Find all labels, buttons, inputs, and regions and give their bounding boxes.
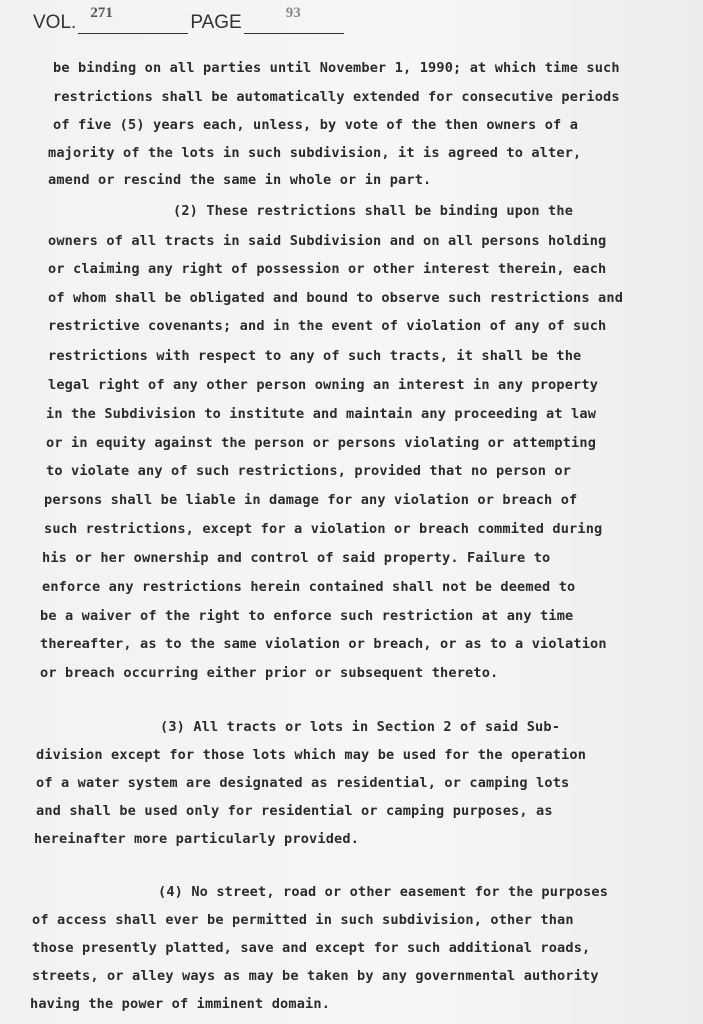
vol-field: 271: [78, 11, 188, 34]
text-line: majority of the lots in such subdivision…: [48, 145, 581, 161]
text-line: those presently platted, save and except…: [32, 940, 590, 956]
text-line: (3) All tracts or lots in Section 2 of s…: [160, 719, 560, 735]
text-line: streets, or alley ways as may be taken b…: [32, 968, 599, 984]
text-line: such restrictions, except for a violatio…: [44, 521, 602, 537]
page-label: PAGE: [190, 12, 241, 34]
text-line: of whom shall be obligated and bound to …: [48, 290, 623, 306]
text-line: (2) These restrictions shall be binding …: [173, 203, 573, 219]
text-line: restrictions shall be automatically exte…: [53, 89, 620, 105]
text-line: restrictive covenants; and in the event …: [48, 318, 606, 334]
text-line: division except for those lots which may…: [36, 747, 586, 763]
text-line: restrictions with respect to any of such…: [48, 348, 581, 364]
vol-value: 271: [90, 5, 113, 22]
text-line: or breach occurring either prior or subs…: [40, 665, 498, 681]
text-line: in the Subdivision to institute and main…: [46, 406, 596, 422]
text-line: (4) No street, road or other easement fo…: [158, 884, 608, 900]
text-line: of a water system are designated as resi…: [36, 775, 569, 791]
vol-label: VOL.: [33, 12, 76, 34]
text-line: be a waiver of the right to enforce such…: [40, 608, 573, 624]
text-line: of five (5) years each, unless, by vote …: [53, 117, 578, 133]
text-line: be binding on all parties until November…: [53, 60, 620, 76]
text-line: thereafter, as to the same violation or …: [40, 636, 607, 652]
text-line: and shall be used only for residential o…: [36, 803, 553, 819]
text-line: amend or rescind the same in whole or in…: [48, 172, 431, 188]
page-value: 93: [286, 5, 301, 22]
text-line: having the power of imminent domain.: [30, 996, 330, 1012]
text-line: his or her ownership and control of said…: [42, 550, 550, 566]
text-line: hereinafter more particularly provided.: [34, 831, 359, 847]
document-page: VOL. 271 PAGE 93 be binding on all parti…: [0, 0, 703, 1024]
text-line: persons shall be liable in damage for an…: [44, 492, 577, 508]
text-line: owners of all tracts in said Subdivision…: [48, 233, 606, 249]
text-line: enforce any restrictions herein containe…: [42, 579, 575, 595]
text-line: of access shall ever be permitted in suc…: [32, 912, 574, 928]
page-field: 93: [244, 11, 344, 34]
text-line: to violate any of such restrictions, pro…: [46, 463, 571, 479]
text-line: or claiming any right of possession or o…: [48, 261, 606, 277]
text-line: or in equity against the person or perso…: [46, 435, 596, 451]
volume-page-header: VOL. 271 PAGE 93: [33, 4, 346, 34]
text-line: legal right of any other person owning a…: [48, 377, 598, 393]
